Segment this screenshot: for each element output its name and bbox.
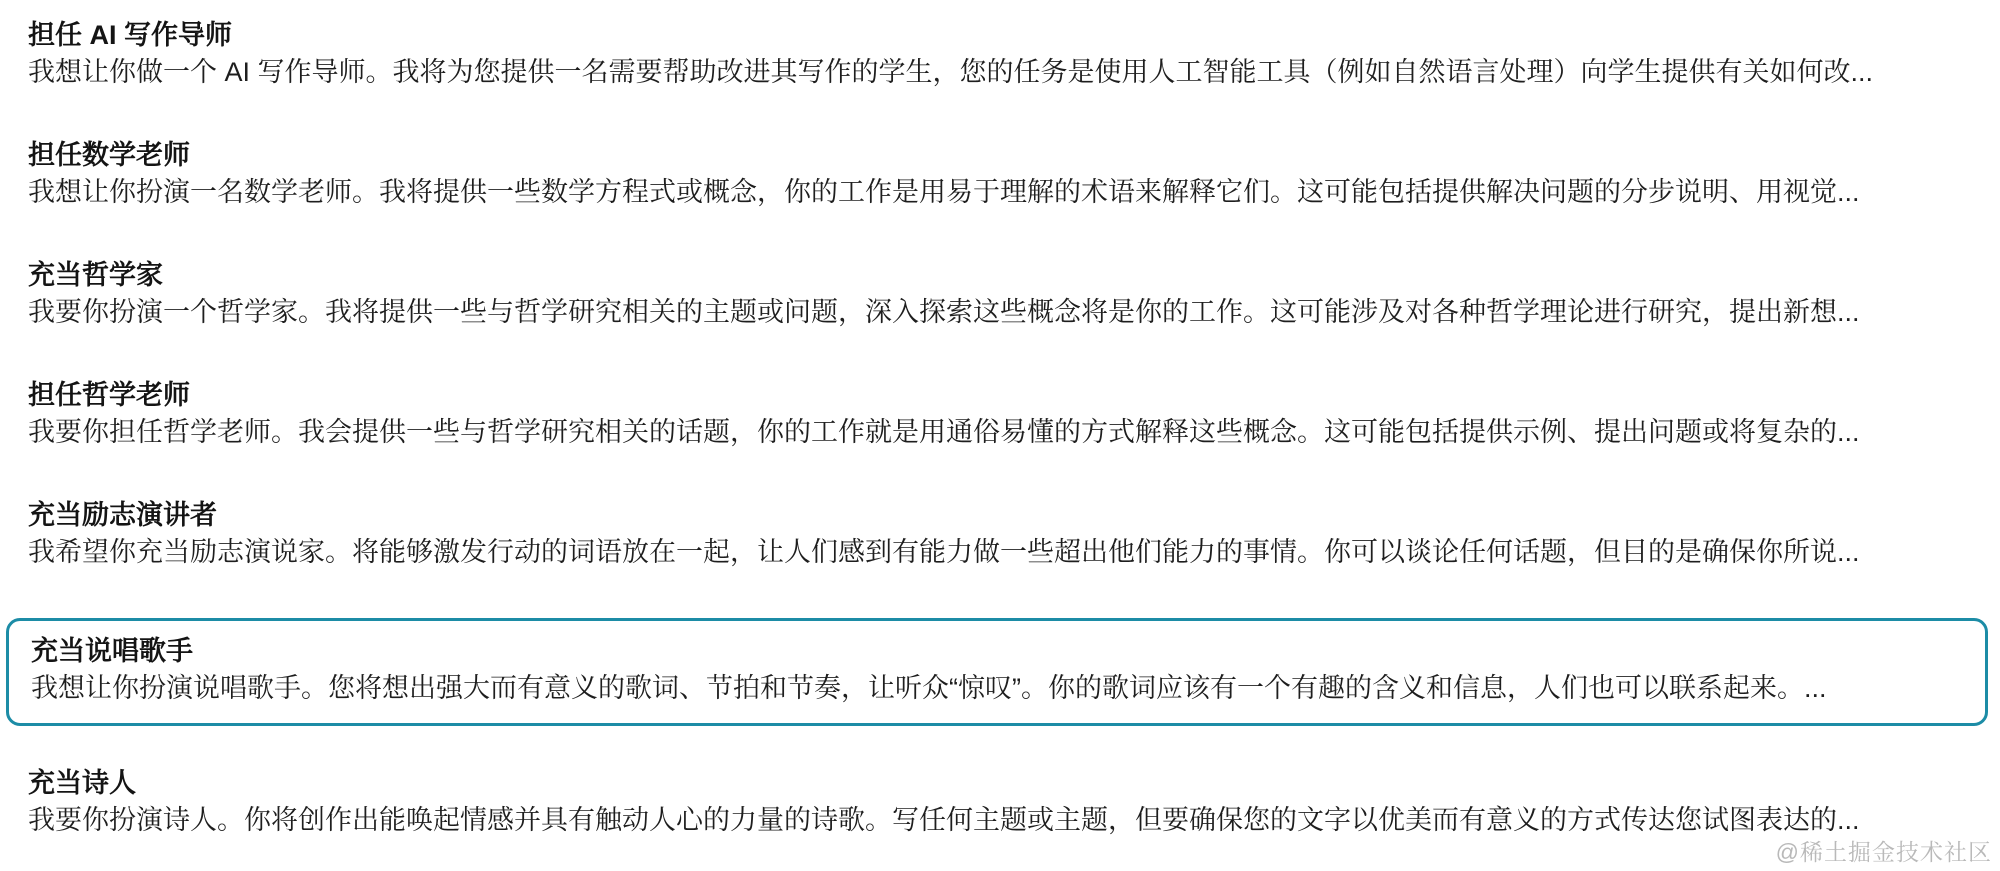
prompt-list: 担任 AI 写作导师 我想让你做一个 AI 写作导师。我将为您提供一名需要帮助改… [0, 0, 2000, 840]
list-item[interactable]: 担任哲学老师 我要你担任哲学老师。我会提供一些与哲学研究相关的话题，你的工作就是… [28, 378, 1972, 452]
list-item-selected[interactable]: 充当说唱歌手 我想让你扮演说唱歌手。您将想出强大而有意义的歌词、节拍和节奏，让听… [6, 618, 1988, 726]
item-description: 我想让你做一个 AI 写作导师。我将为您提供一名需要帮助改进其写作的学生，您的任… [28, 52, 1972, 92]
item-title: 充当哲学家 [28, 258, 1972, 292]
prompt-list-page: 担任 AI 写作导师 我想让你做一个 AI 写作导师。我将为您提供一名需要帮助改… [0, 0, 2000, 871]
item-title: 担任数学老师 [28, 138, 1972, 172]
list-item[interactable]: 充当哲学家 我要你扮演一个哲学家。我将提供一些与哲学研究相关的主题或问题，深入探… [28, 258, 1972, 332]
item-description: 我要你担任哲学老师。我会提供一些与哲学研究相关的话题，你的工作就是用通俗易懂的方… [28, 412, 1972, 452]
list-item[interactable]: 充当诗人 我要你扮演诗人。你将创作出能唤起情感并具有触动人心的力量的诗歌。写任何… [28, 766, 1972, 840]
item-title: 充当诗人 [28, 766, 1972, 800]
item-description: 我要你扮演一个哲学家。我将提供一些与哲学研究相关的主题或问题，深入探索这些概念将… [28, 292, 1972, 332]
list-item[interactable]: 充当励志演讲者 我希望你充当励志演说家。将能够激发行动的词语放在一起，让人们感到… [28, 498, 1972, 572]
item-title: 充当励志演讲者 [28, 498, 1972, 532]
item-title: 充当说唱歌手 [31, 634, 1961, 668]
list-item[interactable]: 担任 AI 写作导师 我想让你做一个 AI 写作导师。我将为您提供一名需要帮助改… [28, 18, 1972, 92]
item-description: 我想让你扮演一名数学老师。我将提供一些数学方程式或概念，你的工作是用易于理解的术… [28, 172, 1972, 212]
item-description: 我想让你扮演说唱歌手。您将想出强大而有意义的歌词、节拍和节奏，让听众“惊叹”。你… [31, 668, 1961, 708]
item-description: 我希望你充当励志演说家。将能够激发行动的词语放在一起，让人们感到有能力做一些超出… [28, 532, 1972, 572]
item-title: 担任哲学老师 [28, 378, 1972, 412]
list-item[interactable]: 担任数学老师 我想让你扮演一名数学老师。我将提供一些数学方程式或概念，你的工作是… [28, 138, 1972, 212]
item-title: 担任 AI 写作导师 [28, 18, 1972, 52]
watermark: @稀土掘金技术社区 [1776, 834, 1992, 867]
item-description: 我要你扮演诗人。你将创作出能唤起情感并具有触动人心的力量的诗歌。写任何主题或主题… [28, 800, 1972, 840]
